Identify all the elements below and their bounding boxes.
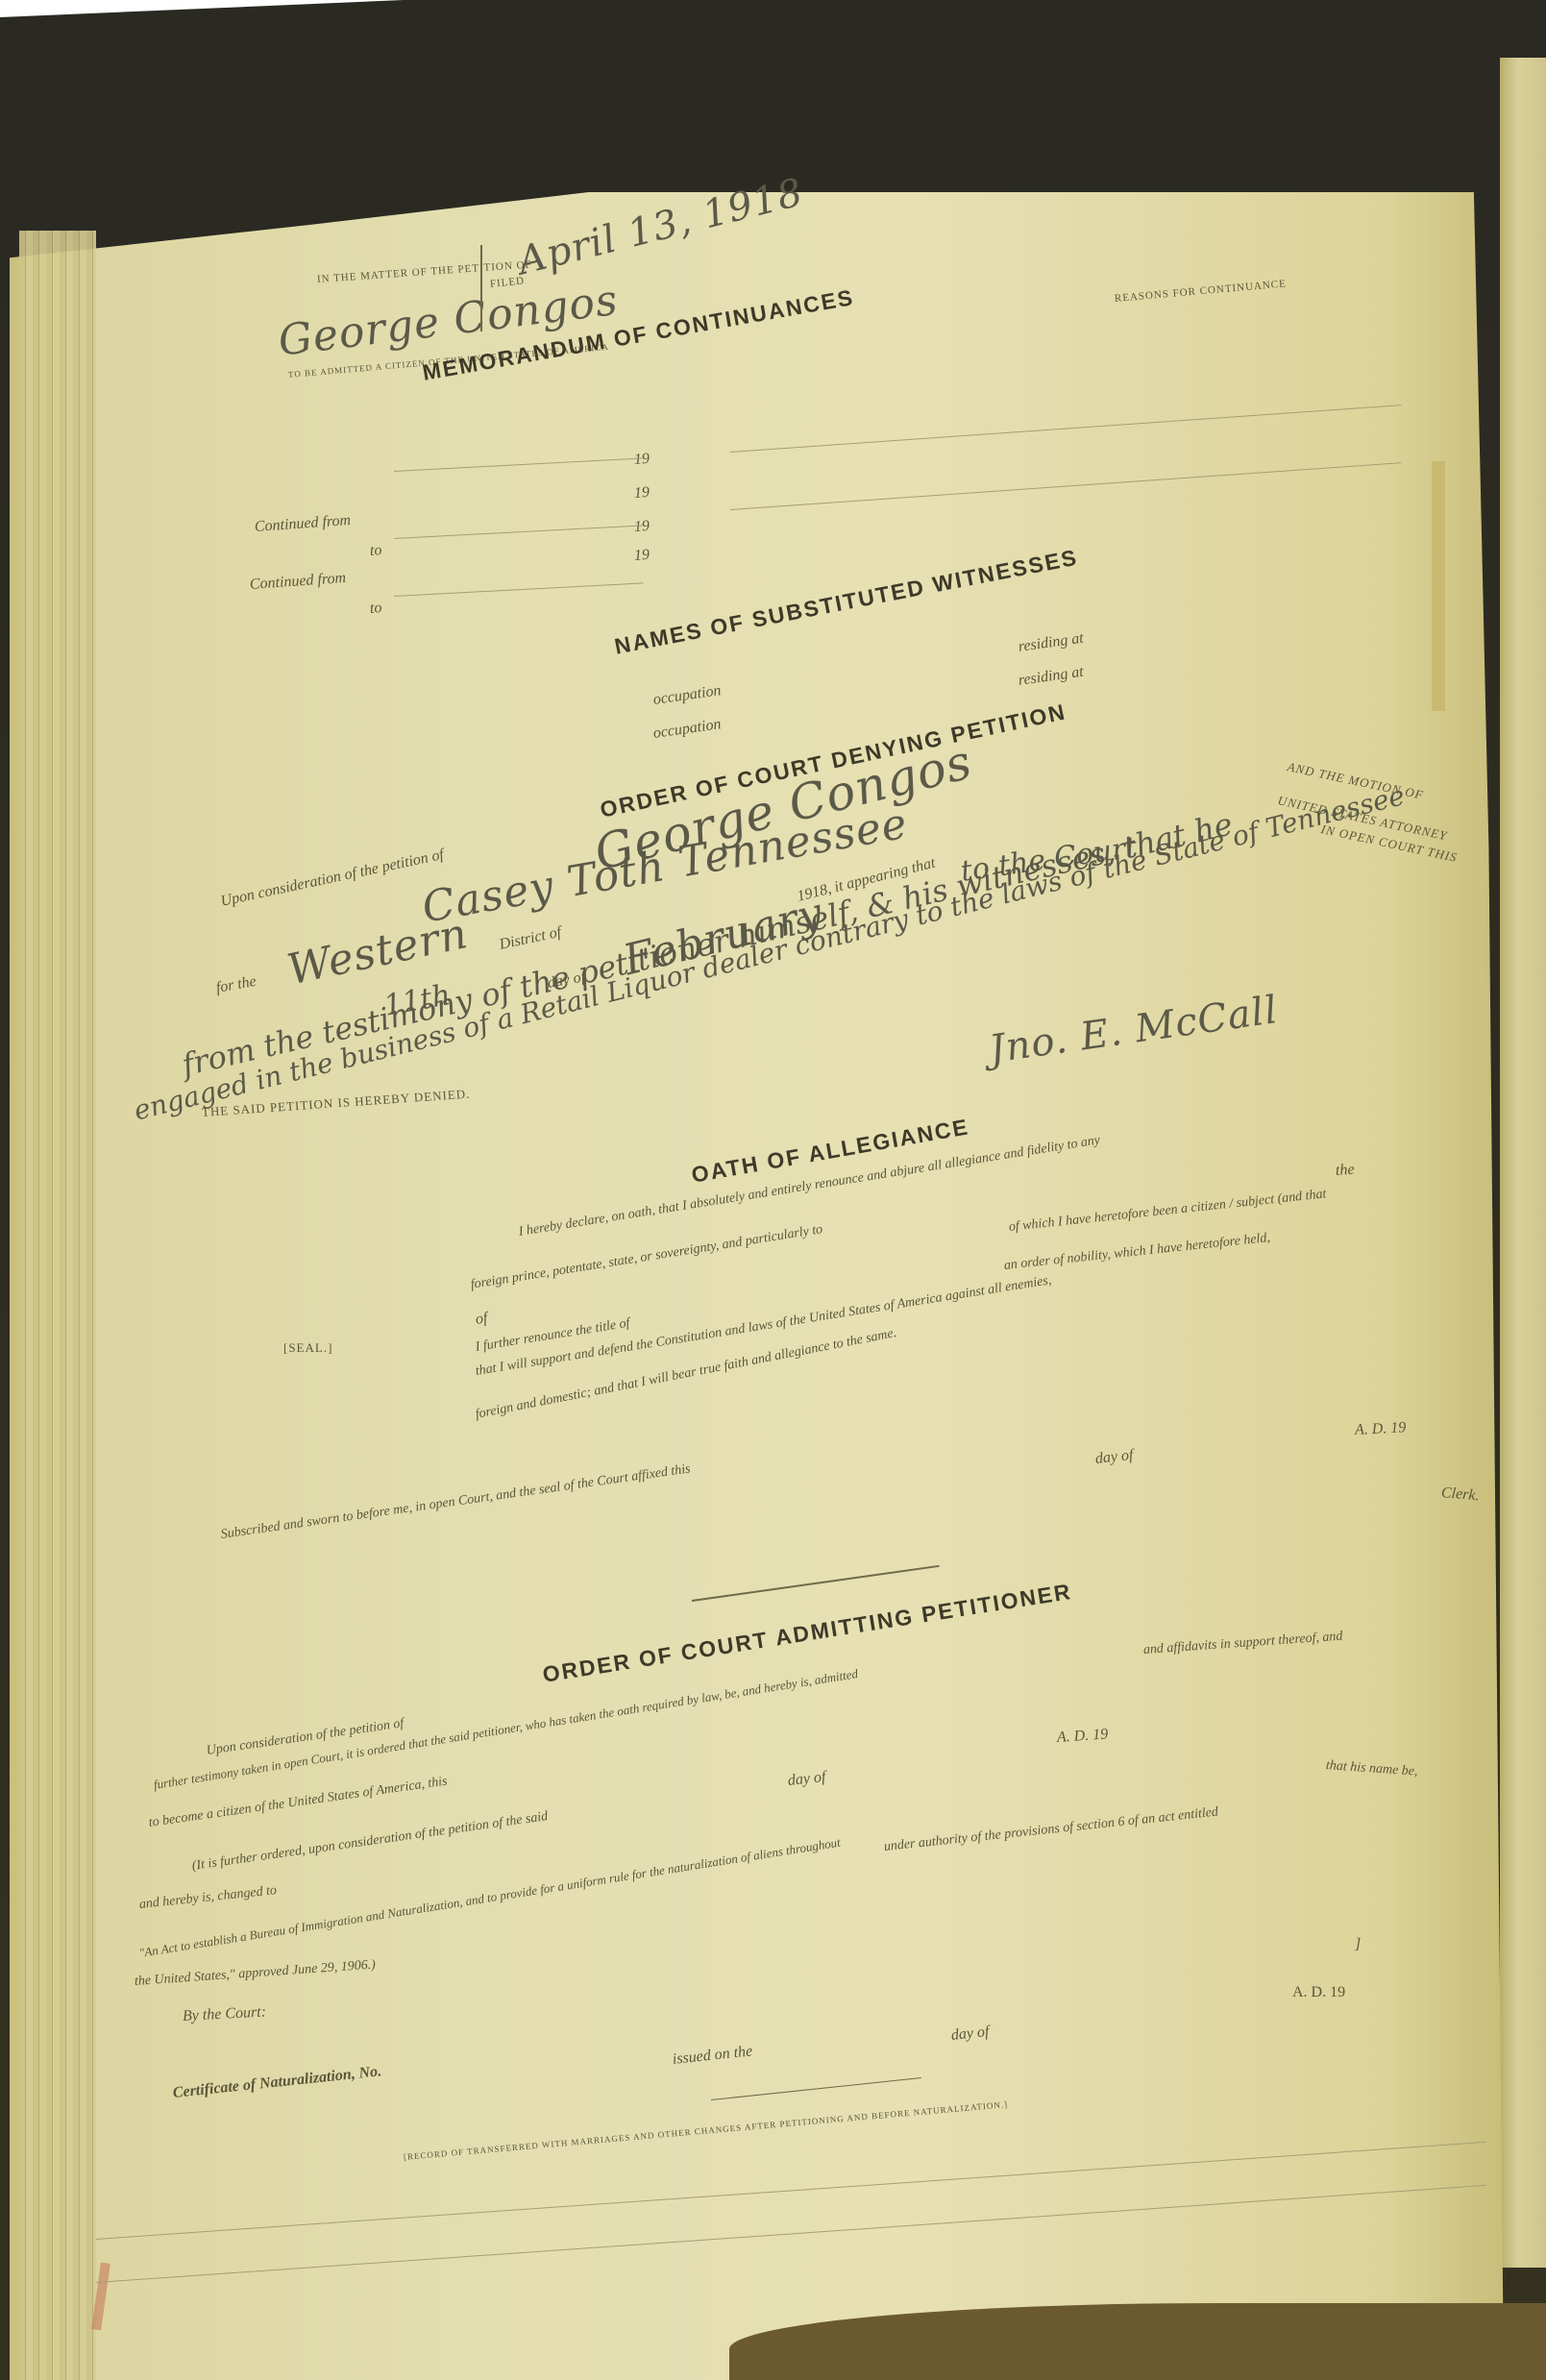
district-label: District of xyxy=(498,924,563,954)
to-label-2: to xyxy=(369,600,382,618)
continuance-year-2: 19 xyxy=(633,484,650,503)
judge-signature: Jno. E. McCall xyxy=(987,988,1281,1072)
admitting-line-1-end: and affidavits in support thereof, and xyxy=(1142,1630,1343,1658)
admitting-final-ad: A. D. 19 xyxy=(1292,1984,1345,2001)
footer-note: [RECORD OF TRANSFERRED WITH MARRIAGES AN… xyxy=(404,2099,1009,2162)
continuance-line xyxy=(394,525,644,539)
reasons-label: REASONS FOR CONTINUANCE xyxy=(1114,278,1287,305)
reason-line xyxy=(730,405,1401,453)
admitting-line-7: the United States," approved June 29, 19… xyxy=(134,1957,376,1990)
admitting-line-5: and hereby is, changed to xyxy=(138,1883,278,1913)
by-court-label: By the Court: xyxy=(183,2003,267,2025)
document-content: In the matter of the petition of George … xyxy=(0,0,1546,2380)
continued-from-label-2: Continued from xyxy=(249,570,346,594)
continuance-line xyxy=(394,582,644,597)
continuance-year-3: 19 xyxy=(633,518,650,536)
order-admitting-title: ORDER OF COURT ADMITTING PETITIONER xyxy=(541,1579,1074,1688)
ruled-line xyxy=(96,2142,1486,2240)
oath-line-3-end: an order of nobility, which I have heret… xyxy=(1003,1231,1271,1274)
admitting-day-label: day of xyxy=(787,1769,826,1790)
certificate-label: Certificate of Naturalization, No. xyxy=(172,2063,382,2102)
continued-from-label-1: Continued from xyxy=(254,512,351,536)
ruled-line xyxy=(96,2185,1486,2283)
witnesses-title: NAMES OF SUBSTITUTED WITNESSES xyxy=(612,545,1080,660)
filed-date: April 13, 1918 xyxy=(513,170,807,283)
residing-label-1: residing at xyxy=(1018,630,1085,656)
oath-line-2-end: of which I have heretofore been a citize… xyxy=(1008,1187,1327,1236)
upon-consideration-label: Upon consideration of the petition of xyxy=(219,846,445,911)
continuance-year-1: 19 xyxy=(633,451,650,469)
header-divider xyxy=(480,245,482,331)
seal-label: [SEAL.] xyxy=(283,1340,332,1356)
admitting-ad-label: A. D. 19 xyxy=(1056,1726,1108,1747)
clerk-label: Clerk. xyxy=(1440,1484,1480,1505)
admitting-bracket: ] xyxy=(1355,1936,1361,1953)
certificate-day-label: day of xyxy=(950,2024,990,2045)
for-the-label: for the xyxy=(214,973,258,997)
oath-line-1-end: the xyxy=(1335,1162,1355,1180)
signature-line xyxy=(692,1565,940,1602)
residing-label-2: residing at xyxy=(1018,664,1085,690)
oath-ad-label: A. D. 19 xyxy=(1355,1419,1407,1439)
to-label-1: to xyxy=(369,542,382,560)
subscribed-text: Subscribed and sworn to before me, in op… xyxy=(220,1461,692,1543)
admitting-line-4-end: that his name be, xyxy=(1325,1758,1418,1780)
issued-on-label: issued on the xyxy=(672,2043,753,2069)
continuance-year-4: 19 xyxy=(633,547,650,565)
admitting-line-5-end: under authority of the provisions of sec… xyxy=(883,1804,1219,1854)
oath-line-3: of xyxy=(475,1310,489,1329)
certificate-line xyxy=(711,2077,921,2100)
continuance-line xyxy=(394,457,644,472)
occupation-label-2: occupation xyxy=(652,716,723,743)
oath-day-of-label: day of xyxy=(1094,1447,1134,1468)
admitting-line-4: (It is further ordered, upon considerati… xyxy=(191,1809,549,1875)
occupation-label-1: occupation xyxy=(652,682,723,709)
reason-line xyxy=(730,462,1401,510)
admitting-line-2: further testimony taken in open Court, i… xyxy=(153,1666,859,1793)
